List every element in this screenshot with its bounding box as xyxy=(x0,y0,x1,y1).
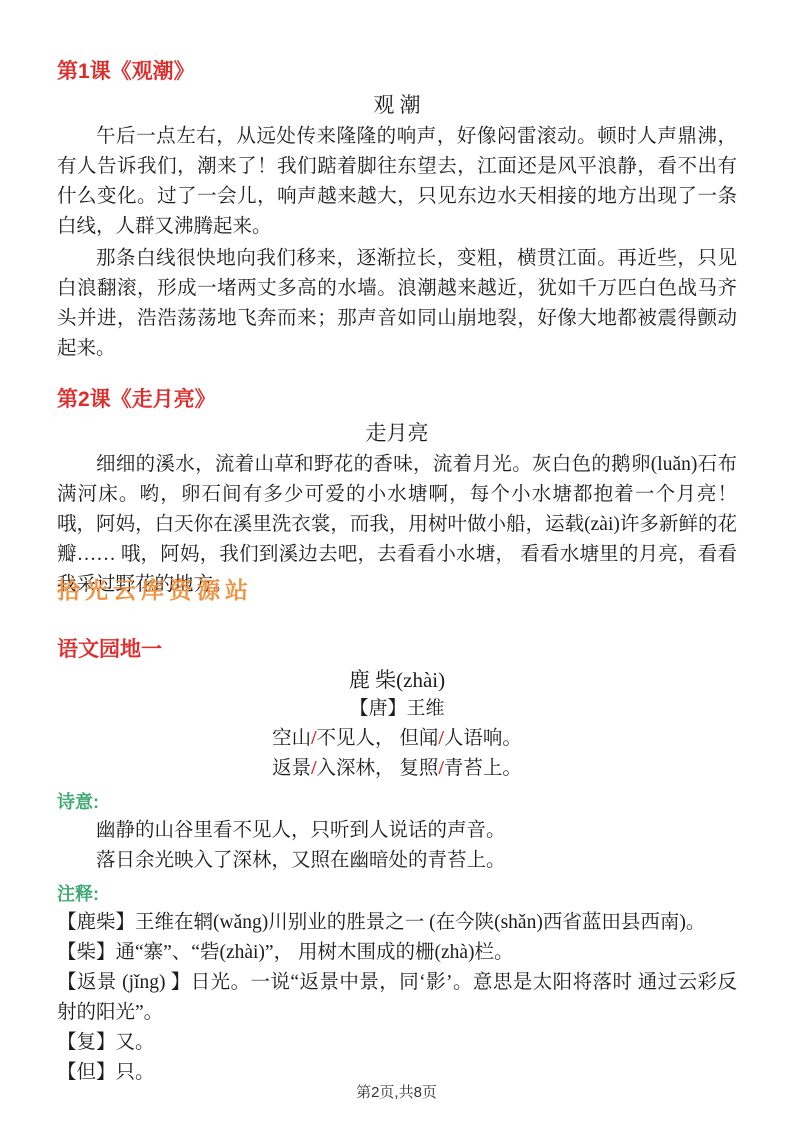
section-spacer xyxy=(57,600,737,638)
zhushi-heading: 注释: xyxy=(57,882,737,906)
poem-text: 入深林， 复照 xyxy=(317,758,439,779)
lesson1-paragraph-1: 午后一点左右，从远处传来隆隆的响声，好像闷雷滚动。顿时人声鼎沸，有人告诉我们，潮… xyxy=(57,122,737,242)
lesson1-paragraph-2: 那条白线很快地向我们移来，逐渐拉长，变粗，横贯江面。再近些，只见白浪翻滚，形成一… xyxy=(57,244,737,364)
poem-text: 不见人， 但闻 xyxy=(317,728,439,749)
zhushi-item-4: 【复】又。 xyxy=(57,1028,737,1058)
poem-text: 返景 xyxy=(272,758,311,779)
shiyi-line-2: 落日余光映入了深林，又照在幽暗处的青苔上。 xyxy=(57,846,737,876)
zhushi-item-1: 【鹿柴】王维在辋(wǎng)川别业的胜景之一 (在今陕(shǎn)西省蓝田县西南… xyxy=(57,908,737,938)
zhushi-item-3: 【返景 (jǐng) 】日光。一说“返景中景，同‘影’。意思是太阳将落时 通过云… xyxy=(57,968,737,1028)
poem-block: 鹿 柴(zhài) 【唐】王维 空山/不见人， 但闻/人语响。 返景/入深林， … xyxy=(57,666,737,784)
poem-text: 人语响。 xyxy=(444,728,522,749)
poem-author: 【唐】王维 xyxy=(57,694,737,724)
lesson2-title: 走月亮 xyxy=(57,420,737,446)
section-spacer xyxy=(57,364,737,388)
page-number: 第2页,共8页 xyxy=(0,1081,793,1102)
watermark: 拾光云库资源站 xyxy=(57,572,253,605)
lesson1-heading: 第1课《观潮》 xyxy=(57,60,737,84)
lesson2-heading: 第2课《走月亮》 xyxy=(57,388,737,412)
poem-line-1: 空山/不见人， 但闻/人语响。 xyxy=(57,724,737,754)
lesson1-title: 观 潮 xyxy=(57,92,737,118)
poem-line-2: 返景/入深林， 复照/青苔上。 xyxy=(57,754,737,784)
shiyi-heading: 诗意: xyxy=(57,790,737,814)
poem-title: 鹿 柴(zhài) xyxy=(57,666,737,694)
page-content: 第1课《观潮》 观 潮 午后一点左右，从远处传来隆隆的响声，好像闷雷滚动。顿时人… xyxy=(0,0,793,1088)
shiyi-line-1: 幽静的山谷里看不见人，只听到人说话的声音。 xyxy=(57,816,737,846)
document-page: { "colors": { "heading_red": "#e02b2b", … xyxy=(0,0,793,1122)
garden-heading: 语文园地一 xyxy=(57,638,737,662)
poem-text: 空山 xyxy=(272,728,311,749)
poem-text: 青苔上。 xyxy=(444,758,522,779)
zhushi-item-2: 【柴】通“寨”、“砦(zhài)”， 用树木围成的栅(zhà)栏。 xyxy=(57,938,737,968)
